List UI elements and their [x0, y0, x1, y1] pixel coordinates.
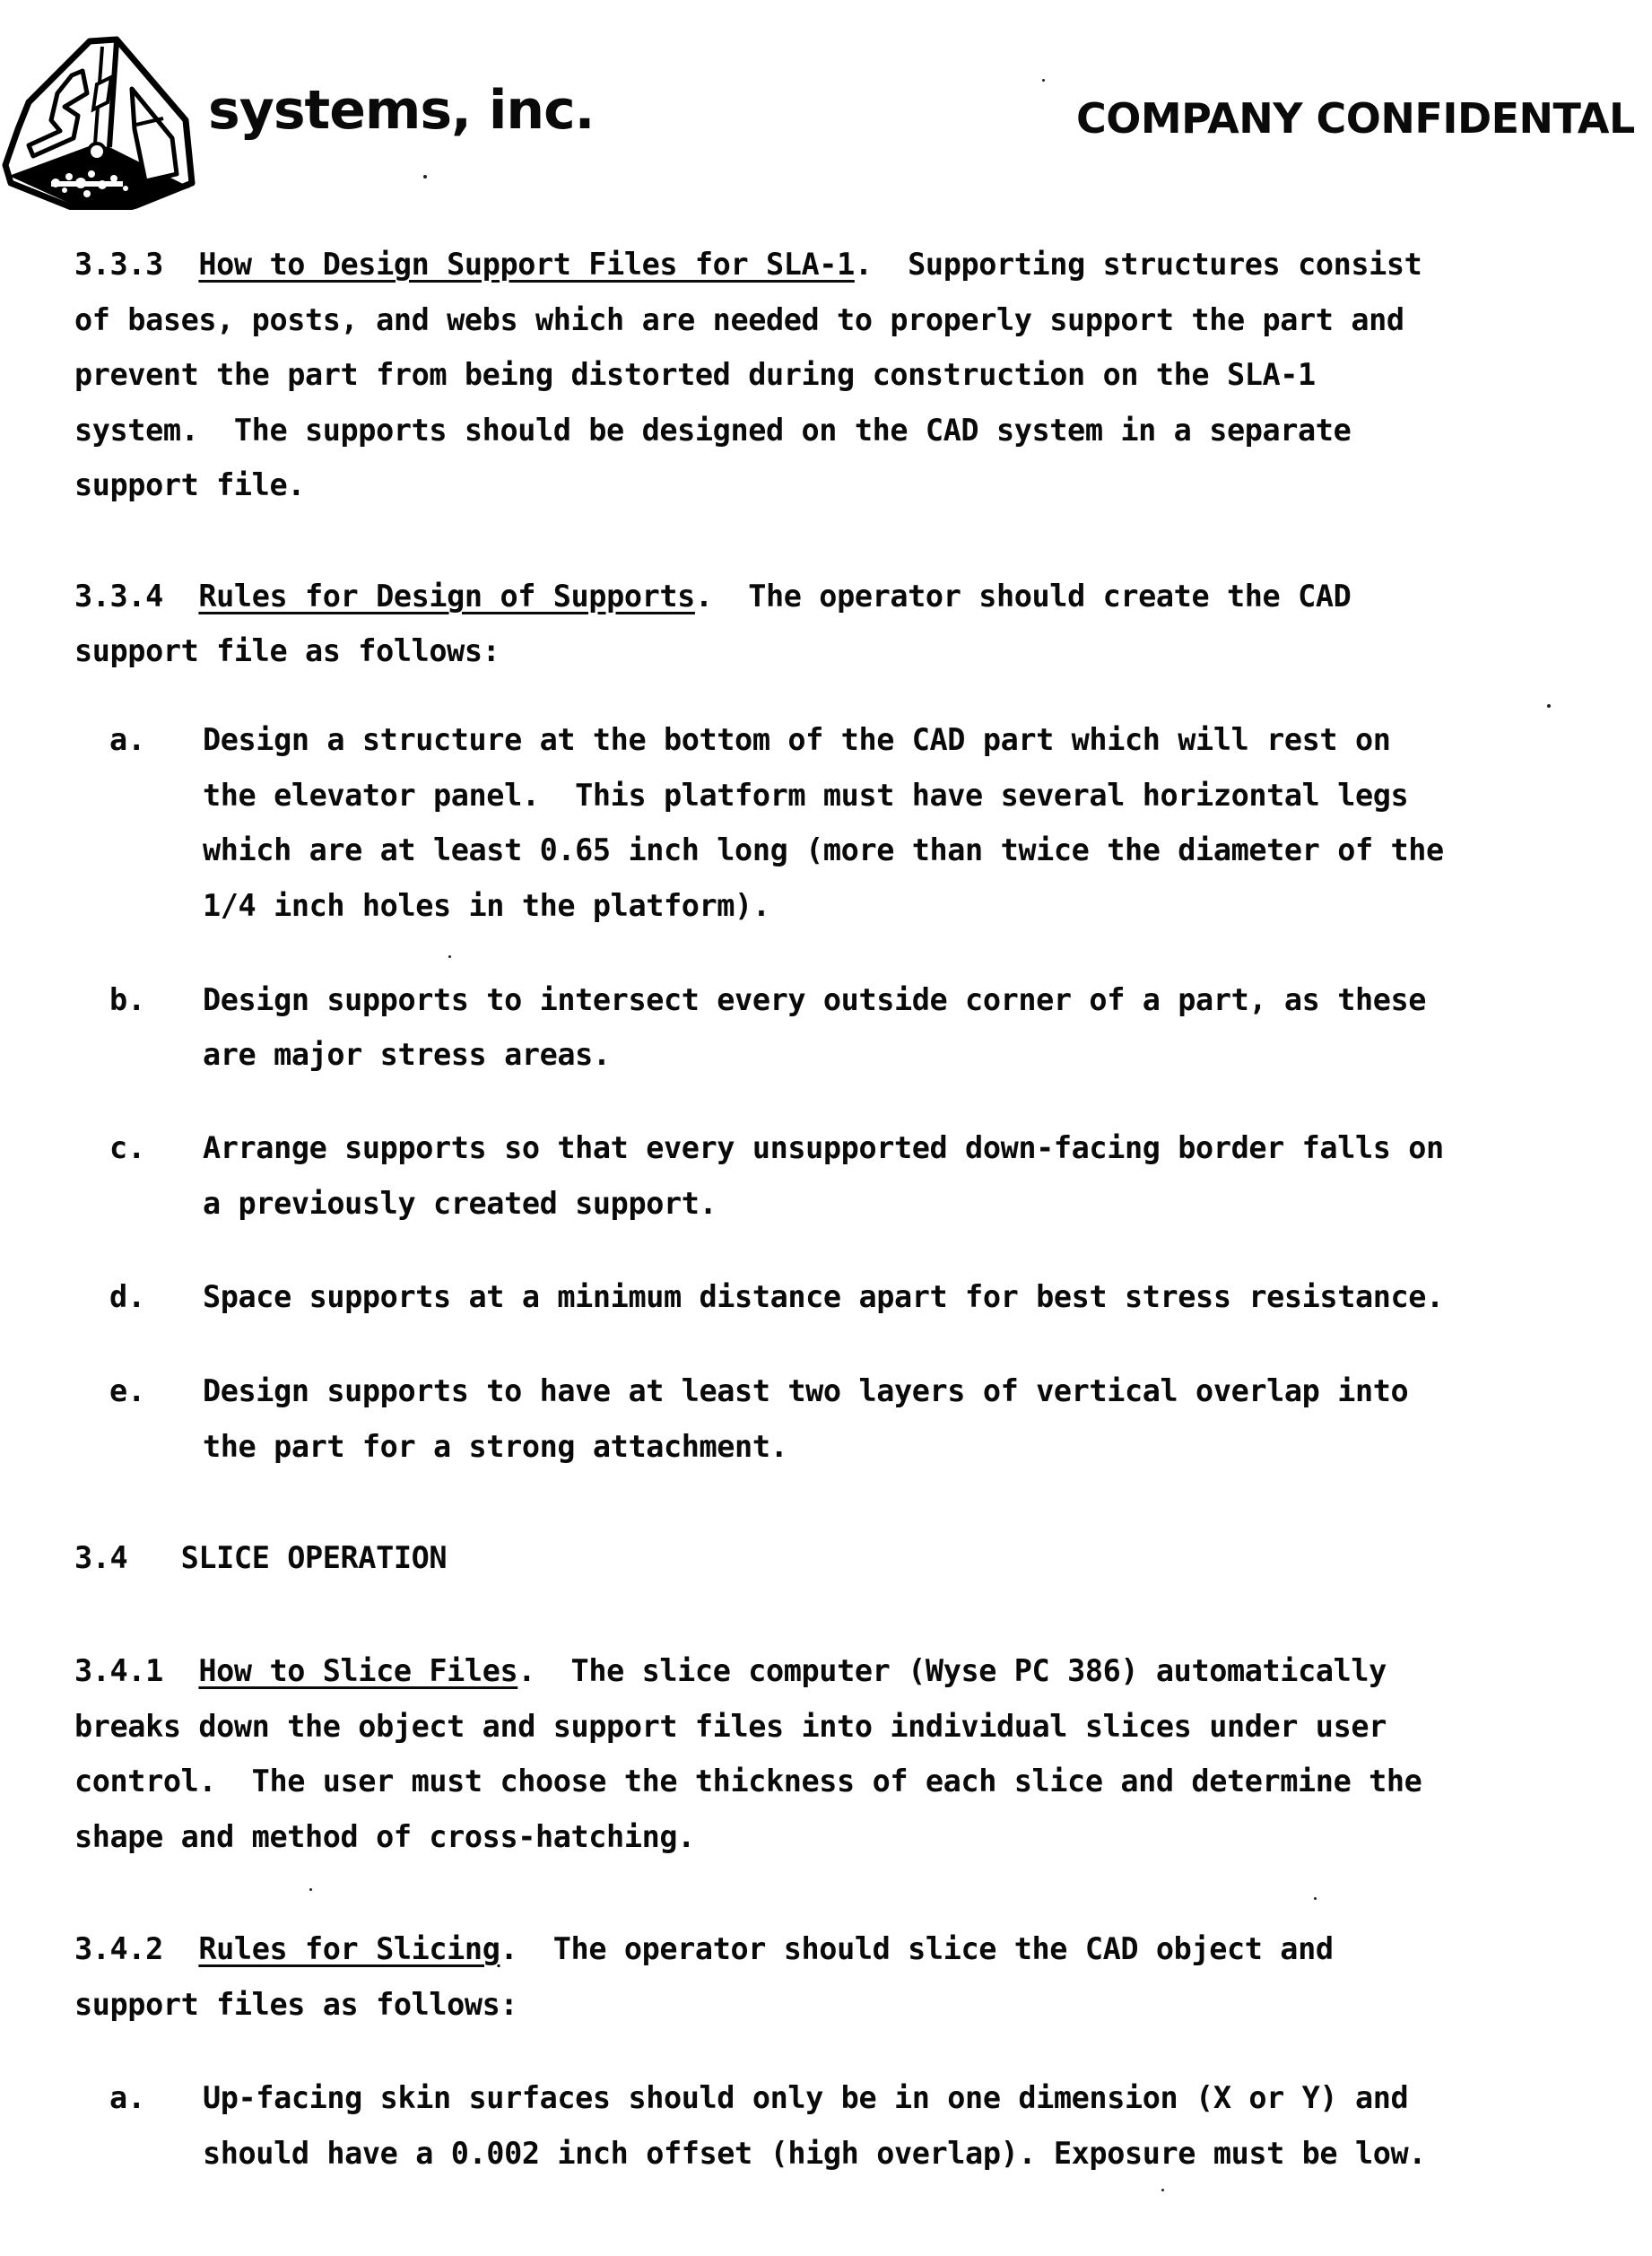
list-item-line: Design supports to have at least two lay… — [203, 1376, 1408, 1407]
list-label: e. — [109, 1376, 145, 1407]
list-item-line: should have a 0.002 inch offset (high ov… — [203, 2138, 1426, 2169]
list-item-line: Design supports to intersect every outsi… — [203, 985, 1426, 1015]
scan-speck — [309, 1888, 312, 1891]
list-item-line: which are at least 0.65 inch long (more … — [203, 835, 1444, 866]
paragraph-line: of bases, posts, and webs which are need… — [74, 305, 1404, 335]
paragraph-line: prevent the part from being distorted du… — [74, 360, 1316, 390]
list-item-line: Up-facing skin surfaces should only be i… — [203, 2083, 1408, 2113]
paragraph-line: support file as follows: — [74, 636, 500, 666]
list-item-line: 1/4 inch holes in the platform). — [203, 891, 770, 921]
scan-speck — [1314, 1897, 1317, 1900]
list-item-line: a previously created support. — [203, 1189, 717, 1219]
section-title: Rules for Slicing — [198, 1931, 500, 1966]
list-label: d. — [109, 1282, 145, 1312]
section-title: How to Slice Files — [198, 1653, 517, 1688]
list-label: a. — [109, 2083, 145, 2113]
list-label: c. — [109, 1133, 145, 1163]
section-3-4-2-heading: 3.4.2 Rules for Slicing. The operator sh… — [74, 1934, 1334, 1964]
paragraph-line: breaks down the object and support files… — [74, 1712, 1387, 1742]
confidential-label: COMPANY CONFIDENTAL — [1076, 94, 1635, 143]
scan-speck — [423, 175, 427, 179]
document-page: systems, inc. COMPANY CONFIDENTAL 3.3.3 … — [0, 0, 1652, 2256]
list-item-line: Space supports at a minimum distance apa… — [203, 1282, 1444, 1312]
section-3-3-4-heading: 3.3.4 Rules for Design of Supports. The … — [74, 581, 1351, 612]
scan-speck — [448, 955, 451, 958]
paragraph-line: support file. — [74, 470, 305, 501]
s3d-cube-logo-icon — [2, 30, 210, 210]
paragraph-line: control. The user must choose the thickn… — [74, 1766, 1422, 1797]
paragraph-line: support files as follows: — [74, 1990, 517, 2020]
paragraph-line: shape and method of cross-hatching. — [74, 1822, 695, 1852]
scan-speck — [1042, 79, 1045, 82]
section-title: SLICE OPERATION — [181, 1540, 448, 1575]
scan-speck — [1547, 704, 1551, 708]
list-label: a. — [109, 725, 145, 755]
list-item-line: Arrange supports so that every unsupport… — [203, 1133, 1444, 1163]
list-item-line: Design a structure at the bottom of the … — [203, 725, 1391, 755]
section-3-4-heading: 3.4 SLICE OPERATION — [74, 1543, 447, 1573]
company-name: systems, inc. — [208, 79, 594, 142]
list-item-line: the elevator panel. This platform must h… — [203, 780, 1408, 811]
list-item-line: are major stress areas. — [203, 1040, 611, 1070]
section-3-3-3-heading: 3.3.3 How to Design Support Files for SL… — [74, 249, 1422, 280]
section-title: Rules for Design of Supports — [198, 579, 695, 614]
section-title: How to Design Support Files for SLA-1 — [198, 247, 854, 282]
list-label: b. — [109, 985, 145, 1015]
paragraph-line: system. The supports should be designed … — [74, 415, 1351, 446]
section-3-4-1-heading: 3.4.1 How to Slice Files. The slice comp… — [74, 1656, 1387, 1686]
scan-speck — [1161, 2189, 1164, 2191]
list-item-line: the part for a strong attachment. — [203, 1432, 787, 1462]
